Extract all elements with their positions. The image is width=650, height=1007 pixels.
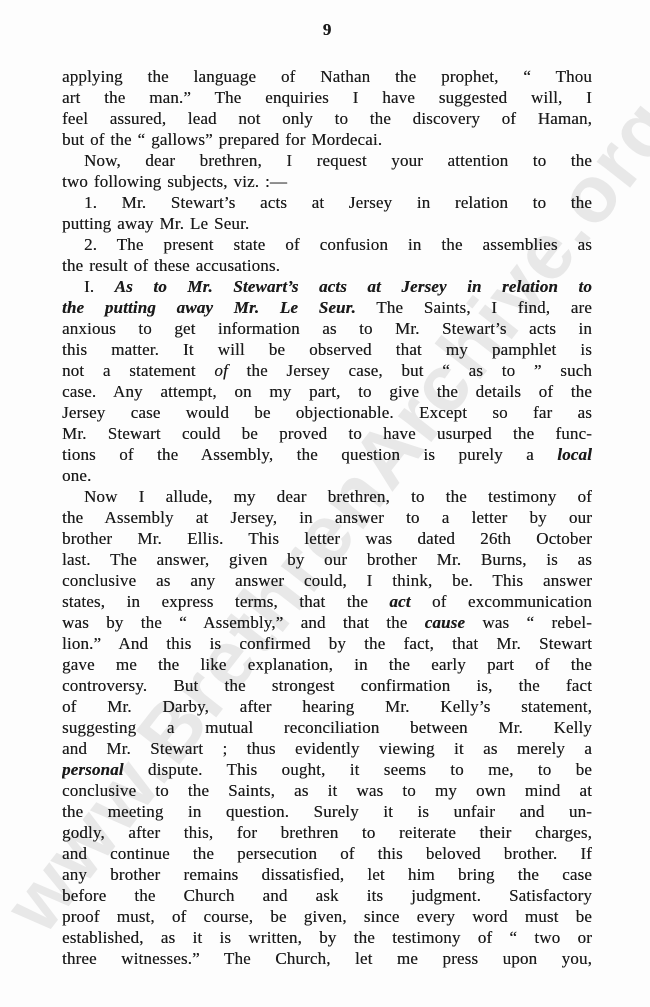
text-line: putting away Mr. Le Seur. — [62, 213, 592, 234]
text-segment: conclusive to the Saints, as it was to m… — [62, 781, 592, 800]
text-line: conclusive to the Saints, as it was to m… — [62, 780, 592, 801]
text-segment: conclusive as any answer could, I think,… — [62, 571, 592, 590]
text-segment: I. — [84, 277, 115, 296]
text-segment: feel assured, lead not only to the disco… — [62, 109, 592, 128]
text-line: Jersey case would be objectionable. Exce… — [62, 402, 592, 423]
text-segment: was “ rebel- — [465, 613, 592, 632]
text-line: not a statement of the Jersey case, but … — [62, 360, 592, 381]
text-line: godly, after this, for brethren to reite… — [62, 822, 592, 843]
text-segment: was by the “ Assembly,” and that the — [62, 613, 425, 632]
text-line: lion.” And this is confirmed by the fact… — [62, 633, 592, 654]
text-segment: brother Mr. Ellis. This letter was dated… — [62, 529, 592, 548]
text-line: two following subjects, viz. :— — [62, 171, 592, 192]
text-segment: before the Church and ask its judgment. … — [62, 886, 592, 905]
text-line: applying the language of Nathan the prop… — [62, 66, 592, 87]
text-line: Mr. Stewart could be proved to have usur… — [62, 423, 592, 444]
text-line: case. Any attempt, on my part, to give t… — [62, 381, 592, 402]
text-line: three witnesses.” The Church, let me pre… — [62, 948, 592, 969]
text-segment: and Mr. Stewart ; thus evidently viewing… — [62, 739, 592, 758]
text-segment: applying the language of Nathan the prop… — [62, 67, 592, 86]
text-segment: states, in express terms, that the — [62, 592, 389, 611]
text-segment: established, as it is written, by the te… — [62, 928, 592, 947]
text-line: I. As to Mr. Stewart’s acts at Jersey in… — [62, 276, 592, 297]
text-segment-italic: local — [557, 445, 592, 464]
text-line: but of the “ gallows” prepared for Morde… — [62, 129, 592, 150]
text-segment: the Jersey case, but “ as to ” such — [228, 361, 592, 380]
text-line: any brother remains dissatisfied, let hi… — [62, 864, 592, 885]
text-line: established, as it is written, by the te… — [62, 927, 592, 948]
text-segment: tions of the Assembly, the question is p… — [62, 445, 557, 464]
text-line: the result of these accusations. — [62, 255, 592, 276]
text-segment: 1. Mr. Stewart’s acts at Jersey in relat… — [84, 193, 592, 212]
text-segment-italic: As to Mr. Stewart’s acts at Jersey in re… — [115, 277, 592, 296]
text-block: applying the language of Nathan the prop… — [62, 66, 592, 969]
text-segment: controversy. But the strongest confirmat… — [62, 676, 592, 695]
text-line: 2. The present state of confusion in the… — [62, 234, 592, 255]
text-segment: art the man.” The enquiries I have sugge… — [62, 88, 592, 107]
text-segment: but of the “ gallows” prepared for Morde… — [62, 130, 382, 149]
page-number: 9 — [62, 20, 592, 40]
text-line: was by the “ Assembly,” and that the cau… — [62, 612, 592, 633]
text-segment: gave me the like explanation, in the ear… — [62, 655, 592, 674]
text-line: proof must, of course, be given, since e… — [62, 906, 592, 927]
text-line: this matter. It will be observed that my… — [62, 339, 592, 360]
text-segment: not a statement — [62, 361, 214, 380]
text-segment: the Assembly at Jersey, in answer to a l… — [62, 508, 592, 527]
text-segment-italic: of — [214, 361, 228, 380]
text-line: the putting away Mr. Le Seur. The Saints… — [62, 297, 592, 318]
text-line: suggesting a mutual reconciliation betwe… — [62, 717, 592, 738]
text-segment: of excommunication — [411, 592, 592, 611]
text-line: and Mr. Stewart ; thus evidently viewing… — [62, 738, 592, 759]
text-line: conclusive as any answer could, I think,… — [62, 570, 592, 591]
text-line: anxious to get information as to Mr. Ste… — [62, 318, 592, 339]
text-line: of Mr. Darby, after hearing Mr. Kelly’s … — [62, 696, 592, 717]
text-line: tions of the Assembly, the question is p… — [62, 444, 592, 465]
text-segment-italic: act — [389, 592, 410, 611]
text-line: gave me the like explanation, in the ear… — [62, 654, 592, 675]
text-segment: lion.” And this is confirmed by the fact… — [62, 634, 592, 653]
text-segment: last. The answer, given by our brother M… — [62, 550, 592, 569]
text-segment: this matter. It will be observed that my… — [62, 340, 592, 359]
text-line: the Assembly at Jersey, in answer to a l… — [62, 507, 592, 528]
text-segment: suggesting a mutual reconciliation betwe… — [62, 718, 592, 737]
text-segment: Now I allude, my dear brethren, to the t… — [84, 487, 592, 506]
text-line: Now I allude, my dear brethren, to the t… — [62, 486, 592, 507]
text-line: 1. Mr. Stewart’s acts at Jersey in relat… — [62, 192, 592, 213]
text-segment: three witnesses.” The Church, let me pre… — [62, 949, 592, 968]
text-segment: putting away Mr. Le Seur. — [62, 214, 249, 233]
text-line: brother Mr. Ellis. This letter was dated… — [62, 528, 592, 549]
text-segment: one. — [62, 466, 91, 485]
text-line: feel assured, lead not only to the disco… — [62, 108, 592, 129]
text-segment: godly, after this, for brethren to reite… — [62, 823, 592, 842]
text-segment: 2. The present state of confusion in the… — [84, 235, 592, 254]
scanned-document-page: www.BrethrenArchive.org 9 applying the l… — [0, 0, 650, 1007]
text-line: one. — [62, 465, 592, 486]
text-line: and continue the persecution of this bel… — [62, 843, 592, 864]
text-segment-italic: cause — [425, 613, 465, 632]
text-segment: proof must, of course, be given, since e… — [62, 907, 592, 926]
text-segment: Jersey case would be objectionable. Exce… — [62, 403, 592, 422]
text-segment: case. Any attempt, on my part, to give t… — [62, 382, 592, 401]
text-line: states, in express terms, that the act o… — [62, 591, 592, 612]
text-segment: anxious to get information as to Mr. Ste… — [62, 319, 592, 338]
text-segment: Now, dear brethren, I request your atten… — [84, 151, 592, 170]
text-segment-italic: personal — [62, 760, 124, 779]
text-segment-italic: the putting away Mr. Le Seur. — [62, 298, 356, 317]
text-segment: two following subjects, viz. :— — [62, 172, 287, 191]
text-segment: and continue the persecution of this bel… — [62, 844, 592, 863]
text-line: controversy. But the strongest confirmat… — [62, 675, 592, 696]
text-line: art the man.” The enquiries I have sugge… — [62, 87, 592, 108]
text-segment: Mr. Stewart could be proved to have usur… — [62, 424, 592, 443]
text-segment: The Saints, I find, are — [356, 298, 592, 317]
text-segment: the result of these accusations. — [62, 256, 280, 275]
text-segment: any brother remains dissatisfied, let hi… — [62, 865, 592, 884]
text-segment: of Mr. Darby, after hearing Mr. Kelly’s … — [62, 697, 592, 716]
text-line: Now, dear brethren, I request your atten… — [62, 150, 592, 171]
text-segment: the meeting in question. Surely it is un… — [62, 802, 592, 821]
text-line: personal dispute. This ought, it seems t… — [62, 759, 592, 780]
text-segment: dispute. This ought, it seems to me, to … — [124, 760, 592, 779]
text-line: before the Church and ask its judgment. … — [62, 885, 592, 906]
text-line: last. The answer, given by our brother M… — [62, 549, 592, 570]
text-line: the meeting in question. Surely it is un… — [62, 801, 592, 822]
